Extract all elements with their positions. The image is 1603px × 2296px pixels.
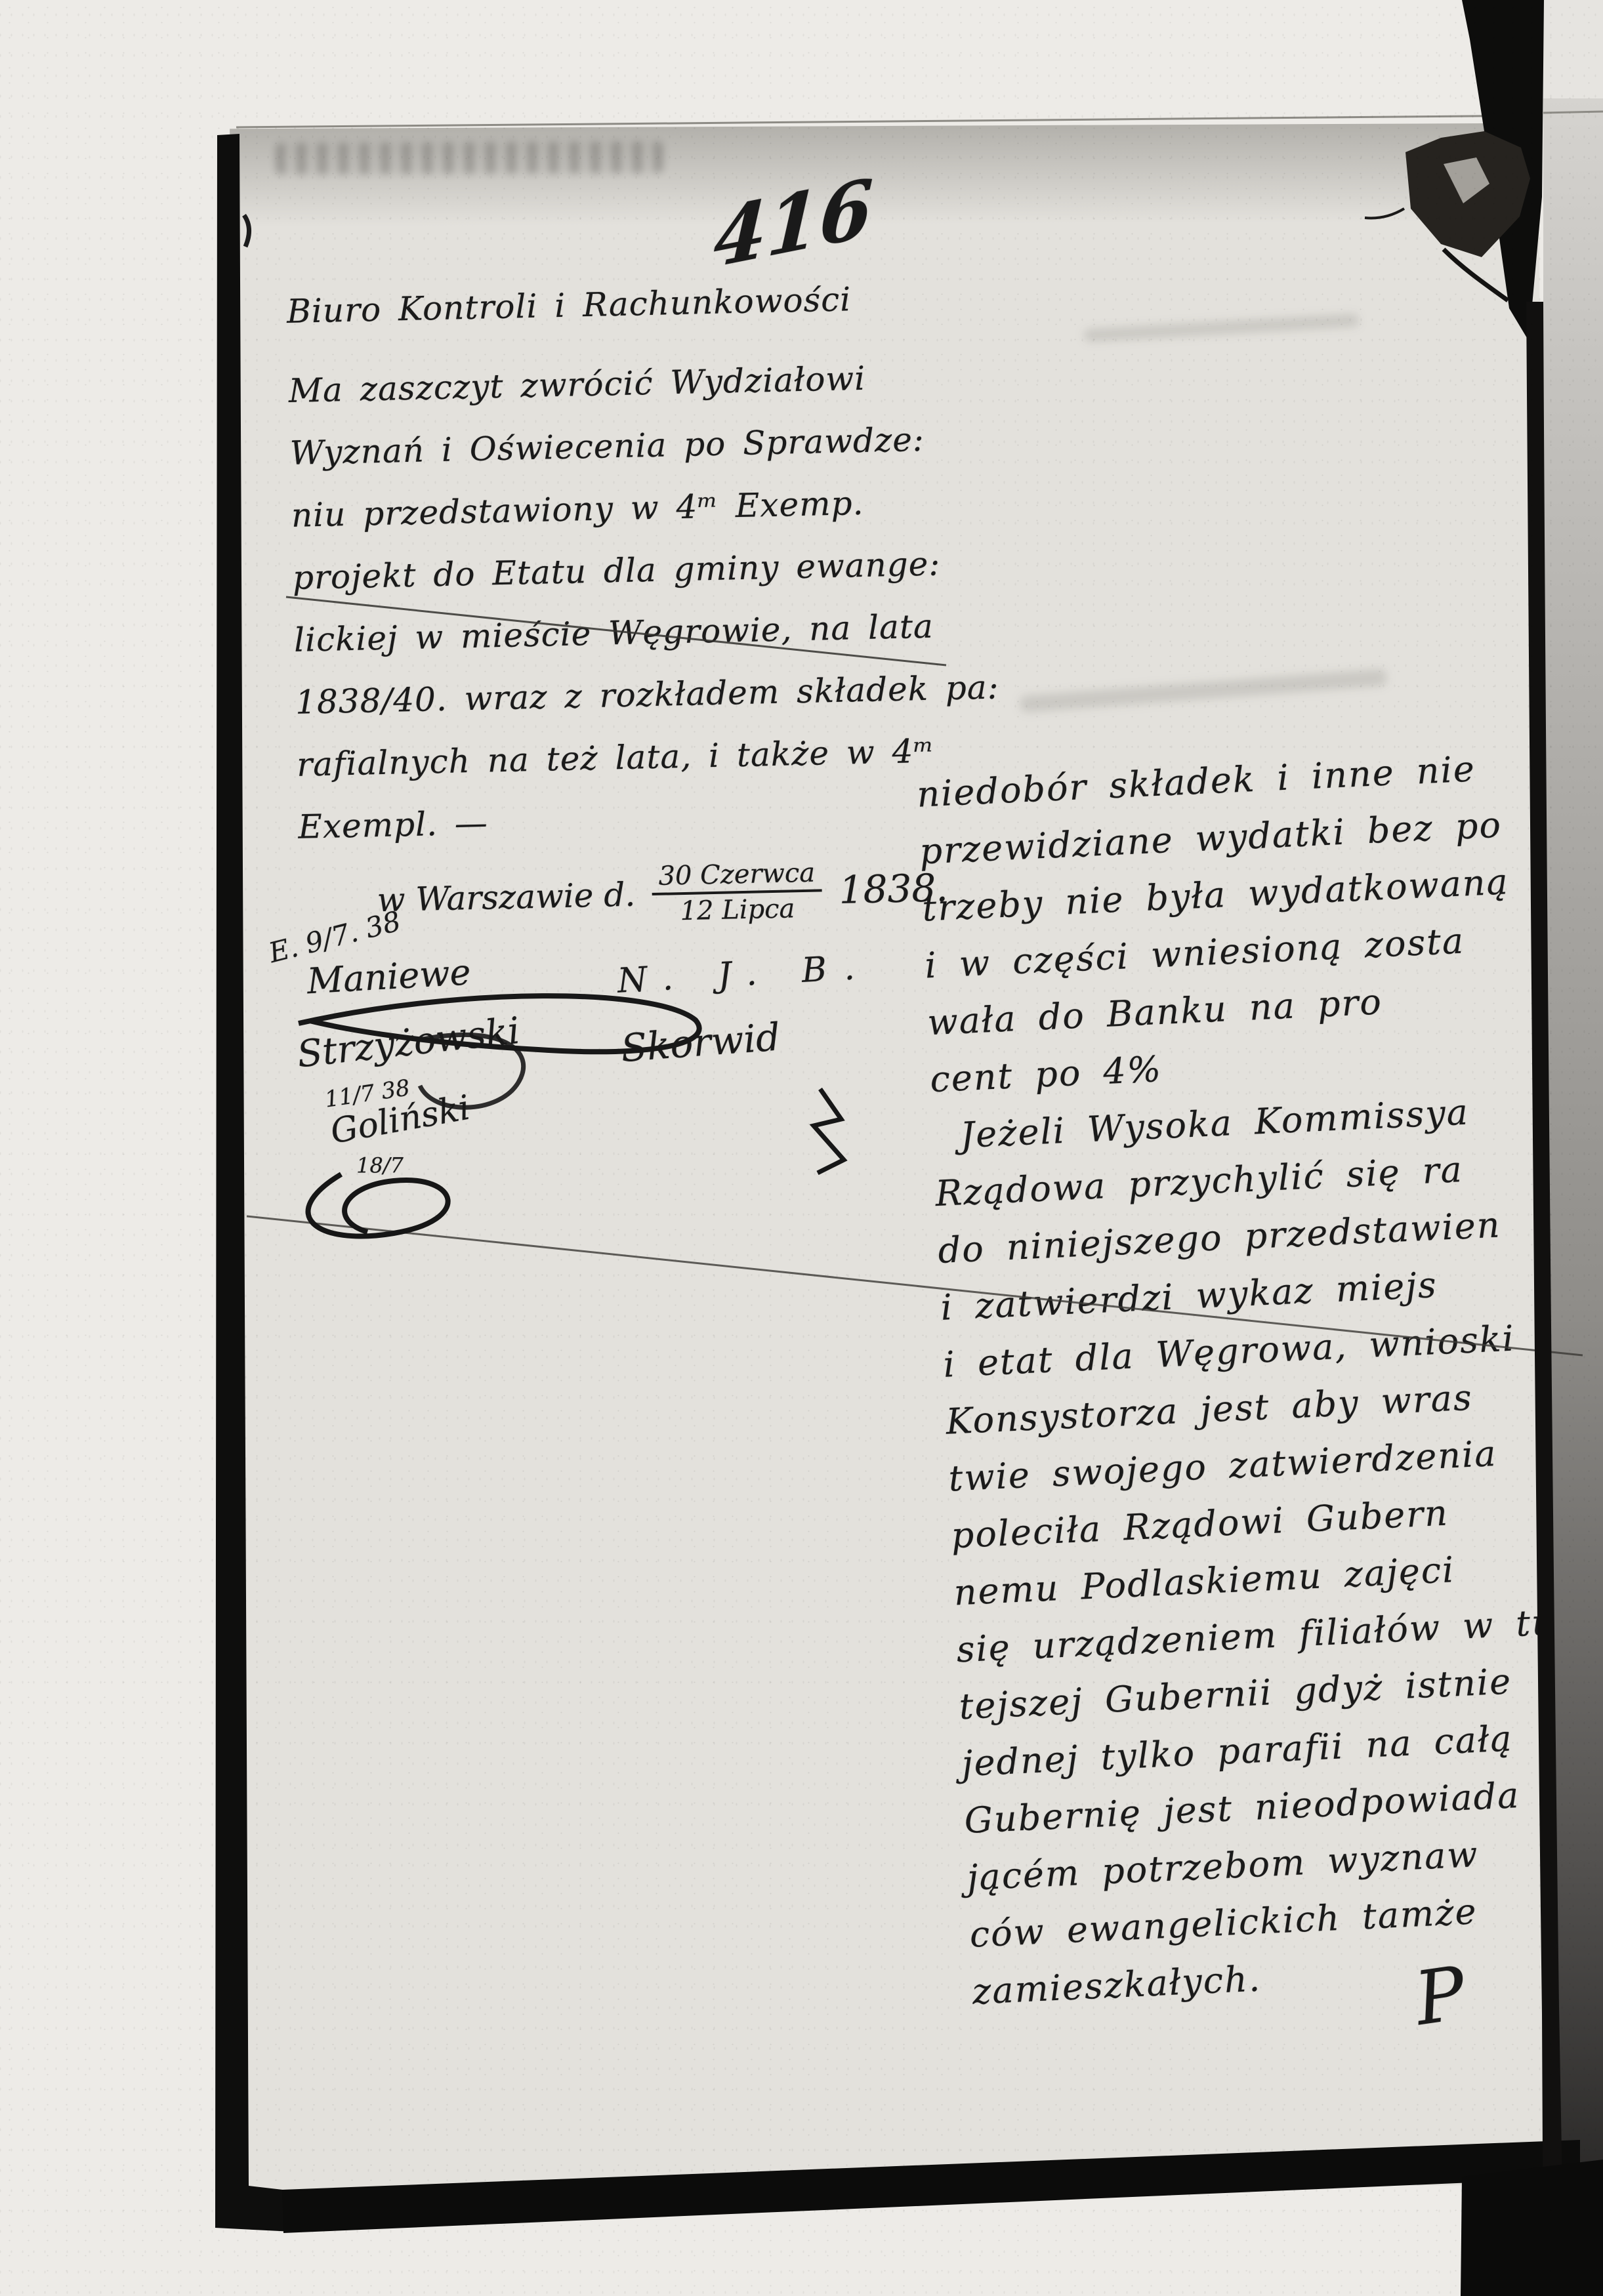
bleedthrough-smudge: [1083, 314, 1359, 342]
handwritten-line: Biuro Kontroli i Rachunkowości: [286, 266, 950, 343]
office-note: Biuro Kontroli i Rachunkowości Ma zaszcz…: [286, 266, 963, 935]
page-edge-shadow: [1543, 98, 1603, 2296]
signature-3-date: 18/7: [356, 1153, 404, 1178]
clerk-initials: N. J. B.: [616, 947, 873, 1001]
edge-print-smudge: [276, 141, 663, 174]
dateline-julian-date: 30 Czerwca: [652, 857, 822, 895]
bleedthrough-smudge: [1020, 668, 1387, 712]
signature-2: Strzyżowski: [295, 1010, 522, 1076]
document-page: 416 Biuro Kontroli i Rachunkowości Ma za…: [230, 123, 1548, 2191]
adjacent-page-corner: [1543, 0, 1603, 113]
signature-1: Maniewe: [306, 951, 472, 1002]
page-top-shadow: [230, 123, 1539, 228]
clerk-signature: Skorwid: [619, 1014, 781, 1071]
dateline-gregorian-date: 12 Lipca: [680, 892, 795, 926]
scanned-document-photo: { "page_number": "416", "colors": { "ink…: [0, 0, 1603, 2296]
response-text: niedobór składek i inne nie przewidziane…: [915, 735, 1603, 2020]
dateline-place: w Warszawie d.: [377, 876, 636, 920]
dateline-date-fraction: 30 Czerwca 12 Lipca: [652, 857, 823, 927]
